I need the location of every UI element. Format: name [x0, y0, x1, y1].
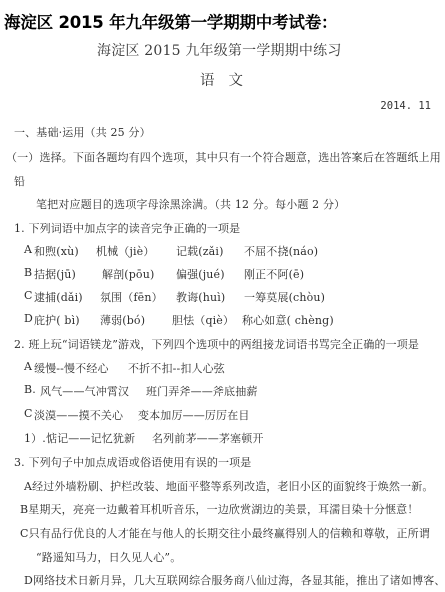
option-label: A [24, 360, 32, 373]
option-item: 不屈不挠(náo) [244, 243, 318, 259]
q3-option-c: C只有品行优良的人才能在与他人的长期交往小最终赢得别人的信赖和尊敬，正所谓 [20, 525, 430, 541]
option-item: 变本加厉——厉厉在目 [138, 407, 250, 423]
q2-option-d: 1）. 惦记——记忆犹新 名列前茅——茅塞顿开 [24, 430, 46, 446]
option-item: 和煦(xù) [34, 243, 79, 259]
option-item: 解剖(pōu) [102, 266, 154, 282]
option-item: 氛围（fēn） [100, 289, 163, 305]
q1-option-b: B 拮据(jū) 解剖(pōu) 偏强(jué) 刚正不阿(ē) [24, 266, 32, 279]
option-item: 偏强(jué) [176, 266, 225, 282]
option-text: 经过外墙粉刷、护栏改装、地面平整等系列改造，老旧小区的面貌终于焕然一新。 [32, 480, 433, 493]
question-2-stem: 2. 班上玩“词语镁龙”游戏，下列四个选项中的两组接龙词语书骂完全正确的一项是 [14, 336, 419, 352]
q3-option-d: D网络技术日新月异，几大互联网综合服务商八仙过海，各显其能，推出了诸如博客、 [24, 572, 445, 588]
option-item: 记载(zǎi) [176, 243, 224, 259]
option-item: 风气——气冲霄汉 [40, 383, 129, 399]
exam-date: 2014. 11 [380, 100, 431, 112]
instruction-line-3: 笔把对应题目的选项字母涂黑涂满。（共 12 分。每小题 2 分） [36, 196, 345, 212]
option-label: C [24, 289, 33, 302]
option-item: 班门弄斧——斧底抽薪 [146, 383, 258, 399]
option-item: 拮据(jū) [34, 266, 76, 282]
option-item: 惦记——记忆犹新 [46, 430, 135, 446]
q2-option-b: B. 风气——气冲霄汉 班门弄斧——斧底抽薪 [24, 383, 36, 396]
instruction-line-2: 铅 [14, 173, 25, 189]
option-label: D [24, 574, 33, 587]
q2-option-a: A 缓慢--慢不经心 不折不扣--扣人心弦 [24, 360, 32, 373]
q3-option-a: A经过外墙粉刷、护栏改装、地面平整等系列改造，老旧小区的面貌终于焕然一新。 [24, 478, 434, 494]
option-item: 逮捕(dǎi) [34, 289, 83, 305]
option-item: 教诲(huì) [176, 289, 225, 305]
option-label: D [24, 312, 33, 325]
option-item: 一筹莫展(chòu) [244, 289, 325, 305]
option-item: 淡漠——摸不关心 [34, 407, 123, 423]
option-item: 薄弱(bó) [100, 312, 145, 328]
exam-subject: 语文 [200, 69, 257, 90]
option-label: A [24, 243, 32, 256]
option-text: 星期天，亮亮一边戴着耳机听音乐，一边欣赏湖边的美景，耳濡目染十分惬意！ [28, 503, 418, 516]
option-label: B [20, 503, 28, 516]
instruction-line-1: （一）选择。下面各题均有四个选项，其中只有一个符合题意，选出答案后在答题纸上用 [6, 149, 441, 165]
section-heading: 一、基础·运用（共 25 分） [14, 124, 151, 140]
option-item: 胆怯（qiè） [172, 312, 234, 328]
option-item: 不折不扣--扣人心弦 [128, 360, 225, 376]
option-item: 缓慢--慢不经心 [34, 360, 109, 376]
q1-option-a: A 和煦(xù) 机械（jiè） 记载(zǎi) 不屈不挠(náo) [24, 243, 32, 256]
option-text: 只有品行优良的人才能在与他人的长期交往小最终赢得别人的信赖和尊敬，正所谓 [29, 527, 430, 540]
q3-option-c-continuation: “路遥知马力，日久见人心”。 [36, 549, 181, 565]
option-text: 网络技术日新月异，几大互联网综合服务商八仙过海，各显其能，推出了诸如博客、 [33, 574, 445, 587]
option-item: 刚正不阿(ē) [244, 266, 304, 282]
option-label: B [24, 266, 32, 279]
option-item: 庇护( bì) [34, 312, 80, 328]
q1-option-d: D 庇护( bì) 薄弱(bó) 胆怯（qiè） 称心如意( chèng) [24, 312, 33, 325]
question-1-stem: 1. 下列词语中加点字的读音完争正确的一项是 [14, 220, 240, 236]
option-label: A [24, 480, 32, 493]
q3-option-b: B星期天，亮亮一边戴着耳机听音乐，一边欣赏湖边的美景，耳濡目染十分惬意！ [20, 501, 418, 517]
option-item: 机械（jiè） [96, 243, 155, 259]
option-label: C [24, 407, 33, 420]
q2-option-c: C 淡漠——摸不关心 变本加厉——厉厉在目 [24, 407, 33, 420]
option-label: C [20, 527, 29, 540]
option-item: 名列前茅——茅塞顿开 [152, 430, 264, 446]
option-label: B. [24, 383, 36, 396]
question-3-stem: 3. 下列句子中加点成语或俗语使用有误的一项是 [14, 454, 251, 470]
page-title: 海淀区 2015 年九年级第一学期期中考试卷： [4, 9, 337, 33]
option-item: 称心如意( chèng) [242, 312, 334, 328]
option-label: 1）. [24, 432, 46, 445]
exam-title: 海淀区 2015 九年级第一学期期中练习 [97, 40, 349, 60]
q1-option-c: C 逮捕(dǎi) 氛围（fēn） 教诲(huì) 一筹莫展(chòu) [24, 289, 33, 302]
